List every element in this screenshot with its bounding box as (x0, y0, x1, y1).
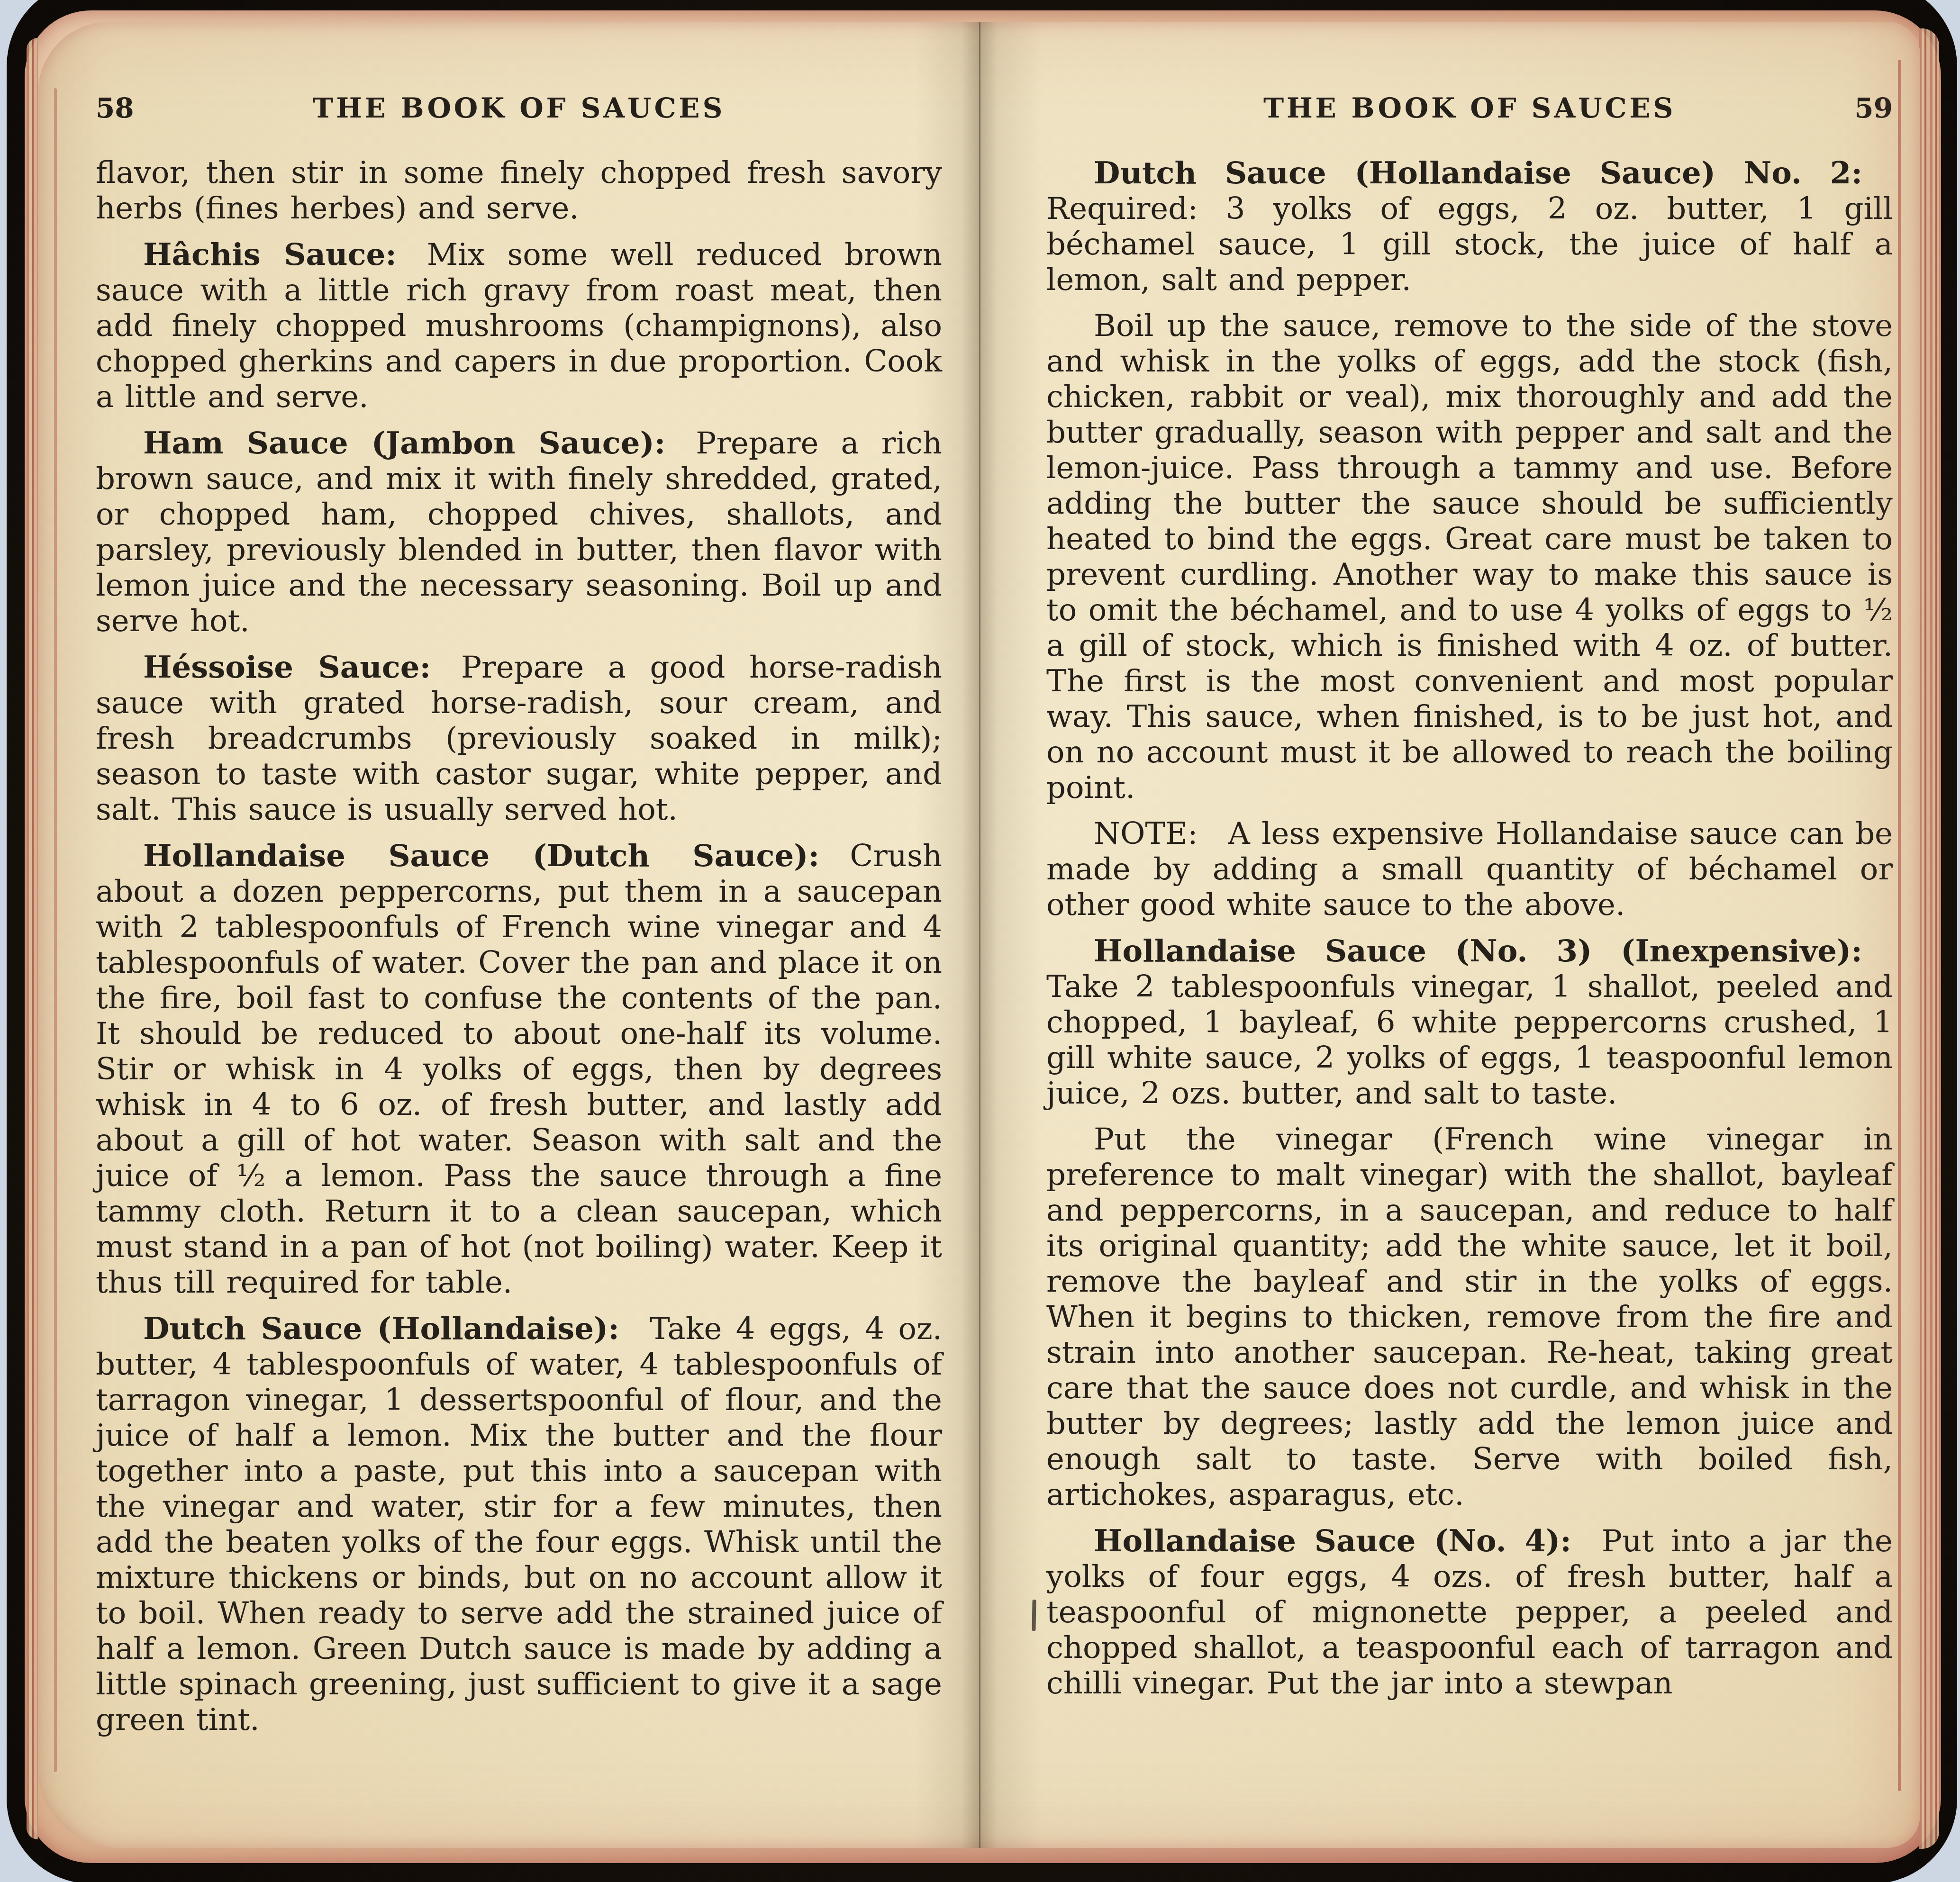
page-edge-stain-left (54, 88, 57, 1772)
page-right-59: 59 THE BOOK OF SAUCES 59 Dutch Sauce (Ho… (979, 22, 1920, 1848)
recipe-paragraph: Hâchis Sauce:Mix some well reduced brown… (96, 237, 942, 415)
recipe-title-lead: Hâchis Sauce: (143, 237, 427, 272)
page-number-left: 58 (96, 92, 134, 124)
page-text-right: Dutch Sauce (Hollandaise Sauce) No. 2:Re… (1046, 155, 1893, 1701)
recipe-paragraph: Hollandaise Sauce (Dutch Sauce):Crush ab… (96, 838, 942, 1301)
recipe-title-lead: Dutch Sauce (Hollandaise): (143, 1311, 650, 1347)
recipe-title-lead: Ham Sauce (Jambon Sauce): (143, 425, 696, 461)
recipe-title-lead: Hollandaise Sauce (Dutch Sauce): (143, 838, 850, 874)
page-edge-stripes-left (27, 38, 38, 1839)
recipe-paragraph: Héssoise Sauce:Prepare a good horse-radi… (96, 650, 942, 828)
open-book-spread: 58 THE BOOK OF SAUCES 58 flavor, then st… (38, 22, 1920, 1848)
page-header-right: 59 THE BOOK OF SAUCES 59 (1046, 92, 1893, 124)
margin-ink-mark (1032, 1600, 1036, 1631)
recipe-title-lead: Héssoise Sauce: (143, 650, 461, 685)
recipe-paragraph: Put the vinegar (French wine vinegar in … (1046, 1122, 1893, 1513)
recipe-paragraph: Boil up the sauce, remove to the side of… (1046, 308, 1893, 806)
recipe-title-lead: Hollandaise Sauce (No. 3) (Inexpensive): (1094, 933, 1893, 969)
running-title-left: THE BOOK OF SAUCES (313, 92, 725, 124)
book-scan: 58 THE BOOK OF SAUCES 58 flavor, then st… (0, 0, 1960, 1882)
recipe-paragraph: Ham Sauce (Jambon Sauce):Prepare a rich … (96, 425, 942, 639)
recipe-paragraph: NOTE:A less expensive Hollandaise sauce … (1046, 816, 1893, 923)
page-edge-stain-right (1898, 60, 1901, 1791)
page-edge-stripes-right (1919, 28, 1939, 1849)
recipe-paragraph: Dutch Sauce (Hollandaise):Take 4 eggs, 4… (96, 1311, 942, 1738)
recipe-title-lead: NOTE: (1094, 816, 1228, 851)
page-text-left: flavor, then stir in some finely chopped… (96, 155, 942, 1738)
recipe-paragraph: Hollandaise Sauce (No. 4):Put into a jar… (1046, 1523, 1893, 1701)
recipe-paragraph: flavor, then stir in some finely chopped… (96, 155, 942, 226)
recipe-title-lead: Hollandaise Sauce (No. 4): (1094, 1523, 1602, 1559)
recipe-paragraph: Dutch Sauce (Hollandaise Sauce) No. 2:Re… (1046, 155, 1893, 298)
running-title-right: THE BOOK OF SAUCES (1263, 92, 1676, 124)
page-left-58: 58 THE BOOK OF SAUCES 58 flavor, then st… (38, 22, 979, 1848)
recipe-title-lead: Dutch Sauce (Hollandaise Sauce) No. 2: (1094, 155, 1893, 191)
page-header-left: 58 THE BOOK OF SAUCES 58 (96, 92, 942, 124)
page-number-right: 59 (1854, 92, 1893, 124)
recipe-paragraph: Hollandaise Sauce (No. 3) (Inexpensive):… (1046, 933, 1893, 1112)
